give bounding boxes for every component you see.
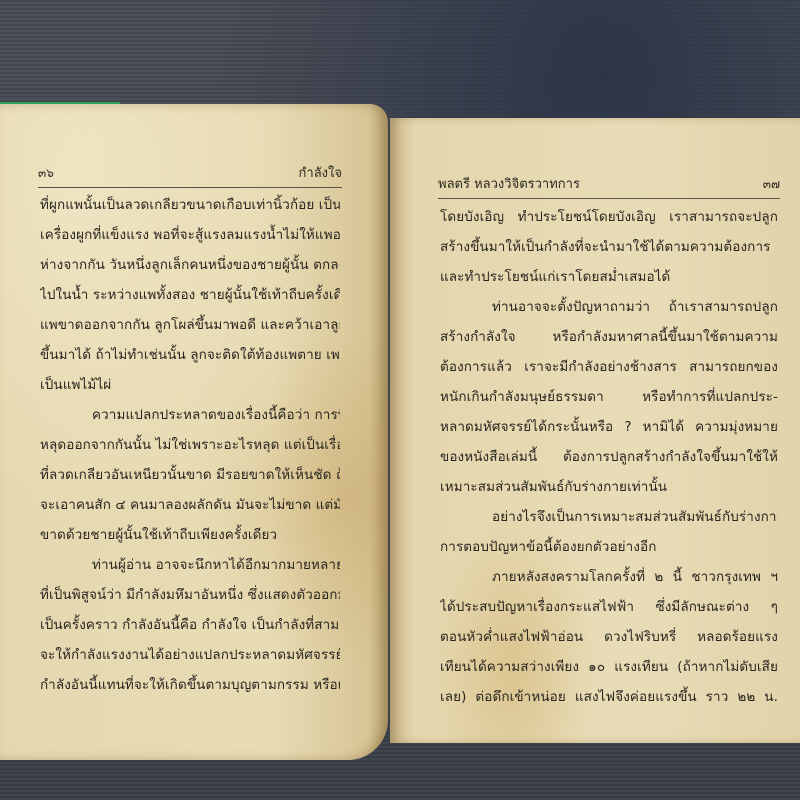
text-line: ความแปลกประหลาดของเรื่องนี้คือว่า การที่… [40, 400, 340, 430]
text-line: ห่างจากกัน วันหนึ่งลูกเล็กคนหนึ่งของชายผ… [40, 250, 340, 280]
page-number-left: ๓๖ [38, 164, 54, 183]
text-line: อย่างไรจึงเป็นการเหมาะสมส่วนสัมพันธ์กับร… [440, 502, 778, 532]
text-line: เลย) ต่อดึกเข้าหน่อย แสงไฟจึงค่อยแรงขึ้น… [440, 682, 778, 712]
text-line: จะให้กำลังแรงงานได้อย่างแปลกประหลาดมหัศจ… [40, 640, 340, 670]
text-line: หลุดออกจากกันนั้น ไม่ใช่เพราะอะไรหลุด แต… [40, 430, 340, 460]
text-line: ท่านอาจจะตั้งปัญหาถามว่า ถ้าเราสามารถปลู… [440, 292, 778, 322]
right-page-body: โดยบังเอิญ ทำประโยชน์โดยบังเอิญ เราสามาร… [440, 202, 778, 712]
text-line: ภายหลังสงครามโลกครั้งที่ ๒ นี้ ชาวกรุงเท… [440, 562, 778, 592]
text-line: หลาดมหัศจรรย์ได้กระนั้นหรือ ? หามิได้ คว… [440, 412, 778, 442]
text-line: ตอนหัวค่ำแสงไฟฟ้าอ่อน ดวงไฟริบหรี่ หลอดร… [440, 622, 778, 652]
text-line: สร้างขึ้นมาให้เป็นกำลังที่จะนำมาใช้ได้ตา… [440, 232, 778, 262]
text-line: ขึ้นมาได้ ถ้าไม่ทำเช่นนั้น ลูกจะติดใต้ท้… [40, 340, 340, 370]
text-line: ของหนังสือเล่มนี้ ต้องการปลูกสร้างกำลังใ… [440, 442, 778, 472]
text-line: จะเอาคนสัก ๔ คนมาลองผลักดัน มันจะไม่ขาด … [40, 490, 340, 520]
text-line: หนักเกินกำลังมนุษย์ธรรมดา หรือทำการที่แป… [440, 382, 778, 412]
text-line: ไปในน้ำ ระหว่างแพทั้งสอง ชายผู้นั้นใช้เท… [40, 280, 340, 310]
text-line: เป็นแพไม้ไผ่ [40, 370, 340, 400]
text-line: การตอบปัญหาข้อนี้ต้องยกตัวอย่างอีก [440, 532, 778, 562]
text-line: โดยบังเอิญ ทำประโยชน์โดยบังเอิญ เราสามาร… [440, 202, 778, 232]
text-line: ได้ประสบปัญหาเรื่องกระแสไฟฟ้า ซึ่งมีลักษ… [440, 592, 778, 622]
left-page: ๓๖ กำลังใจ ที่ผูกแพนั้นเป็นลวดเกลียวขนาด… [0, 104, 388, 760]
right-running-head: พลตรี หลวงวิจิตรวาทการ ๓๗ [438, 173, 780, 199]
left-running-head: ๓๖ กำลังใจ [38, 162, 342, 188]
text-line: ที่เป็นพิสูจน์ว่า มีกำลังมหึมาอันหนึ่ง ซ… [40, 580, 340, 610]
text-line: ท่านผู้อ่าน อาจจะนึกหาได้อีกมากมายหลายเร… [40, 550, 340, 580]
text-line: เป็นครั้งคราว กำลังอันนี้คือ กำลังใจ เป็… [40, 610, 340, 640]
page-number-right: ๓๗ [763, 175, 780, 194]
chapter-title: กำลังใจ [299, 162, 342, 183]
text-line: ขาดด้วยชายผู้นั้นใช้เท้าถีบเพียงครั้งเดี… [40, 520, 340, 550]
text-line: ที่ผูกแพนั้นเป็นลวดเกลียวขนาดเกือบเท่านิ… [40, 190, 340, 220]
text-line: เหมาะสมส่วนสัมพันธ์กับร่างกายเท่านั้น [440, 472, 778, 502]
left-page-body: ที่ผูกแพนั้นเป็นลวดเกลียวขนาดเกือบเท่านิ… [40, 190, 340, 700]
text-line: กำลังอันนี้แทนที่จะให้เกิดขึ้นตามบุญตามก… [40, 670, 340, 700]
text-line: เทียนได้ความสว่างเพียง ๑๐ แรงเทียน (ถ้าห… [440, 652, 778, 682]
text-line: และทำประโยชน์แก่เราโดยสม่ำเสมอได้ [440, 262, 778, 292]
text-line: ต้องการแล้ว เราจะมีกำลังอย่างช้างสาร สาม… [440, 352, 778, 382]
right-page: พลตรี หลวงวิจิตรวาทการ ๓๗ โดยบังเอิญ ทำป… [390, 118, 800, 743]
author-name: พลตรี หลวงวิจิตรวาทการ [438, 173, 580, 194]
text-line: ที่ลวดเกลียวอันเหนียวนั้นขาด มีรอยขาดให้… [40, 460, 340, 490]
text-line: เครื่องผูกที่แข็งแรง พอที่จะสู้แรงลมแรงน… [40, 220, 340, 250]
text-line: สร้างกำลังใจ หรือกำลังมหาศาลนี้ขึ้นมาใช้… [440, 322, 778, 352]
text-line: แพขาดออกจากกัน ลูกโผล่ขึ้นมาพอดี และคว้า… [40, 310, 340, 340]
